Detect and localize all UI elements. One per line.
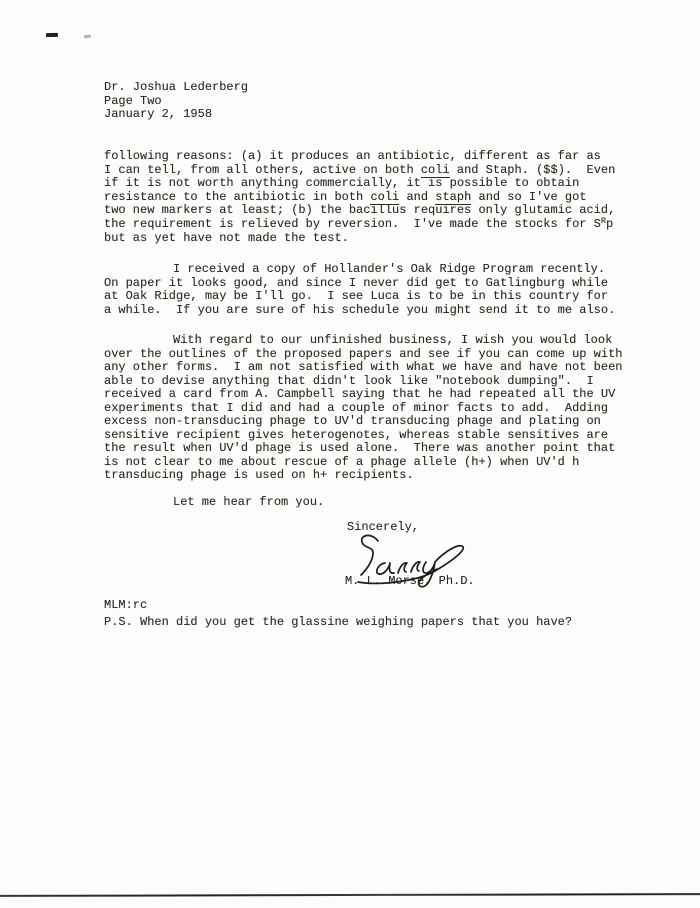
body-line: I can tell, from all others, active on b…: [104, 164, 615, 178]
body-line: On paper it looks good, and since I neve…: [104, 277, 615, 291]
superscript-text: R: [601, 216, 606, 226]
scanned-page-edge: [0, 893, 700, 897]
recipient-name: Dr. Joshua Lederberg: [104, 81, 248, 95]
body-line: is not clear to me about rescue of a pha…: [104, 456, 622, 470]
body-text: resistance to the antibiotic in both: [104, 190, 370, 204]
paragraph-3: With regard to our unfinished business, …: [104, 334, 622, 483]
body-line: at Oak Ridge, may be I'll go. I see Luca…: [104, 290, 615, 304]
signature-stroke: [398, 563, 407, 573]
body-line: With regard to our unfinished business, …: [104, 334, 622, 348]
body-line: I received a copy of Hollander's Oak Rid…: [104, 263, 615, 277]
body-line: the requirement is relieved by reversion…: [104, 218, 615, 233]
postscript-line: P.S. When did you get the glassine weigh…: [104, 614, 572, 631]
body-line: but as yet have not made the test.: [104, 232, 615, 246]
signature-stroke: [361, 535, 378, 575]
body-line: a while. If you are sure of his schedule…: [104, 304, 615, 318]
body-line: able to devise anything that didn't look…: [104, 375, 622, 389]
pencil-mark: [84, 35, 91, 39]
farewell-line: Let me hear from you.: [104, 496, 324, 510]
body-line: if it is not worth anything commercially…: [104, 177, 615, 191]
signature-stroke: [377, 563, 394, 574]
body-text: p: [606, 217, 613, 231]
letter-page: Dr. Joshua Lederberg Page Two January 2,…: [0, 0, 700, 908]
body-line: any other forms. I am not satisfied with…: [104, 361, 622, 375]
letter-date: January 2, 1958: [104, 108, 248, 122]
body-line: resistance to the antibiotic in both col…: [104, 191, 615, 205]
body-line: sensitive recipient gives heterogenotes,…: [104, 429, 622, 443]
body-line: excess non-transducing phage to UV'd tra…: [104, 415, 622, 429]
body-line: the result when UV'd phage is used alone…: [104, 442, 622, 456]
body-text: and: [399, 190, 435, 204]
page-number-label: Page Two: [104, 95, 248, 109]
signed-name: M. L. Morse, Ph.D.: [345, 575, 475, 589]
body-line: transducing phage is used on h+ recipien…: [104, 469, 622, 483]
letter-header: Dr. Joshua Lederberg Page Two January 2,…: [104, 81, 248, 122]
body-line: experiments that I did and had a couple …: [104, 402, 622, 416]
letter-footer: MLM:rc P.S. When did you get the glassin…: [104, 597, 572, 630]
paragraph-1: following reasons: (a) it produces an an…: [104, 150, 615, 246]
signature-stroke: [411, 562, 420, 572]
paragraph-2: I received a copy of Hollander's Oak Rid…: [104, 263, 615, 317]
pencil-mark: [46, 33, 58, 37]
body-line: over the outlines of the proposed papers…: [104, 348, 622, 362]
body-text: and Staph. ($$). Even: [450, 163, 616, 177]
body-text: and so I've got: [471, 190, 586, 204]
typist-initials: MLM:rc: [104, 597, 572, 614]
body-line: two new markers at least; (b) the bacill…: [104, 204, 615, 218]
body-text: the requirement is relieved by reversion…: [104, 217, 601, 231]
body-line: received a card from A. Campbell saying …: [104, 388, 622, 402]
body-line: following reasons: (a) it produces an an…: [104, 150, 615, 164]
closing-salutation: Sincerely,: [347, 521, 419, 535]
body-text: I can tell, from all others, active on b…: [104, 163, 421, 177]
